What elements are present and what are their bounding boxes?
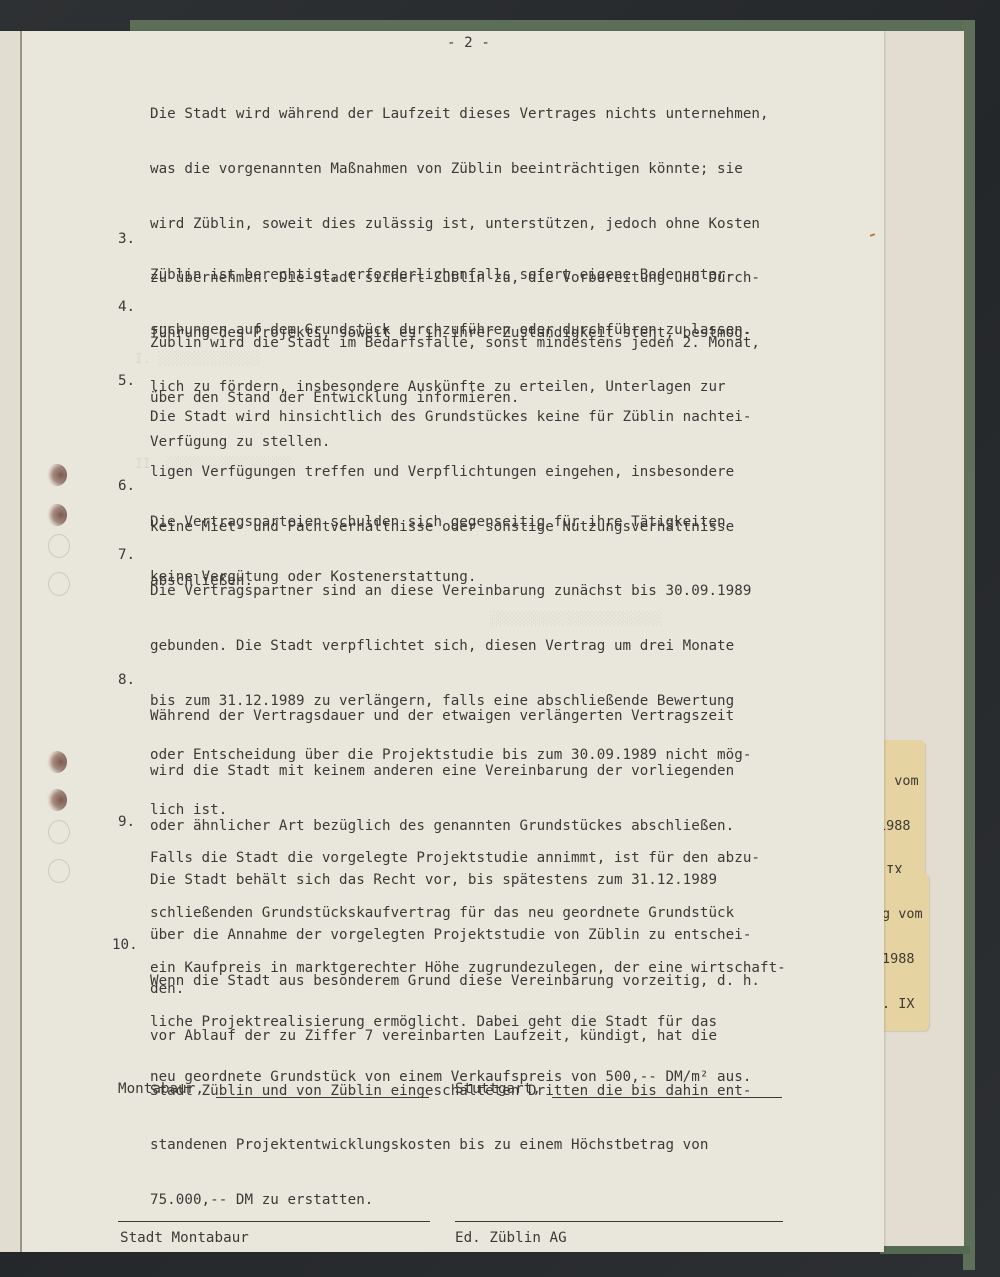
index-tab-line: 1988 (878, 819, 919, 834)
signatory-left: Stadt Montabaur (120, 1229, 249, 1247)
text-line: vor Ablauf der zu Ziffer 7 vereinbarten … (150, 1027, 760, 1045)
text-line: gebunden. Die Stadt verpflichtet sich, d… (150, 637, 751, 655)
clause-number: 10. (112, 936, 138, 954)
index-tab-line: . IX (882, 997, 923, 1012)
signature-line-right[interactable] (455, 1221, 783, 1222)
date-line-left[interactable] (216, 1097, 429, 1098)
clause-number: 5. (118, 372, 135, 390)
binder-green-edge-right (963, 20, 975, 1270)
signature-line-left[interactable] (118, 1221, 430, 1222)
text-line: Die Stadt wird während der Laufzeit dies… (150, 105, 769, 123)
clause-number: 6. (118, 477, 135, 495)
text-line: Die Vertragsparteien schulden sich gegen… (150, 513, 726, 531)
punch-hole (48, 820, 70, 844)
punch-hole (48, 534, 70, 558)
clause-number: 7. (118, 546, 135, 564)
punch-hole (47, 464, 67, 486)
text-line: Züblin wird die Stadt im Bedarfsfalle, s… (150, 334, 760, 352)
index-tab-line: g vom (882, 907, 923, 922)
signatory-right: Ed. Züblin AG (455, 1229, 567, 1247)
binder-green-edge-bottom (880, 1246, 970, 1254)
place-date-right-label: Stuttgart, (455, 1080, 541, 1098)
document-page: I. ░░░░░░░░░░░░░ II. ░░░░░░░░░░░░░░░░ ░░… (0, 31, 884, 1252)
clause-number: 9. (118, 813, 135, 831)
text-line: Züblin ist berechtigt, erforderlichenfal… (150, 266, 751, 284)
clause-number: 4. (118, 298, 135, 316)
punch-hole (48, 859, 70, 883)
clause-number: 8. (118, 671, 135, 689)
text-line: Wenn die Stadt aus besonderem Grund dies… (150, 972, 760, 990)
text-line: schließenden Grundstückskaufvertrag für … (150, 904, 786, 922)
text-line: Die Vertragspartner sind an diese Verein… (150, 582, 751, 600)
place-date-left-label: Montabaur, (118, 1080, 204, 1098)
punch-hole (47, 751, 67, 773)
date-line-right[interactable] (552, 1097, 782, 1098)
text-line: standenen Projektentwicklungskosten bis … (150, 1136, 760, 1154)
punch-hole (47, 504, 67, 526)
text-line: wird die Stadt mit keinem anderen eine V… (150, 762, 751, 780)
text-line: Falls die Stadt die vorgelegte Projektst… (150, 849, 786, 867)
underlying-sheet (880, 31, 964, 1246)
punch-hole (48, 572, 70, 596)
punch-hole (47, 789, 67, 811)
text-line: Die Stadt wird hinsichtlich des Grundstü… (150, 408, 751, 426)
previous-page-edge (0, 31, 22, 1252)
clause-number: 3. (118, 230, 135, 248)
text-line: was die vorgenannten Maßnahmen von Zübli… (150, 160, 769, 178)
text-line: Während der Vertragsdauer und der etwaig… (150, 707, 751, 725)
stain-mark (870, 233, 875, 237)
page-number: - 2 - (447, 34, 490, 52)
index-tab-line: vom (878, 774, 919, 789)
text-line: 75.000,-- DM zu erstatten. (150, 1191, 760, 1209)
index-tab-line: 1988 (882, 952, 923, 967)
